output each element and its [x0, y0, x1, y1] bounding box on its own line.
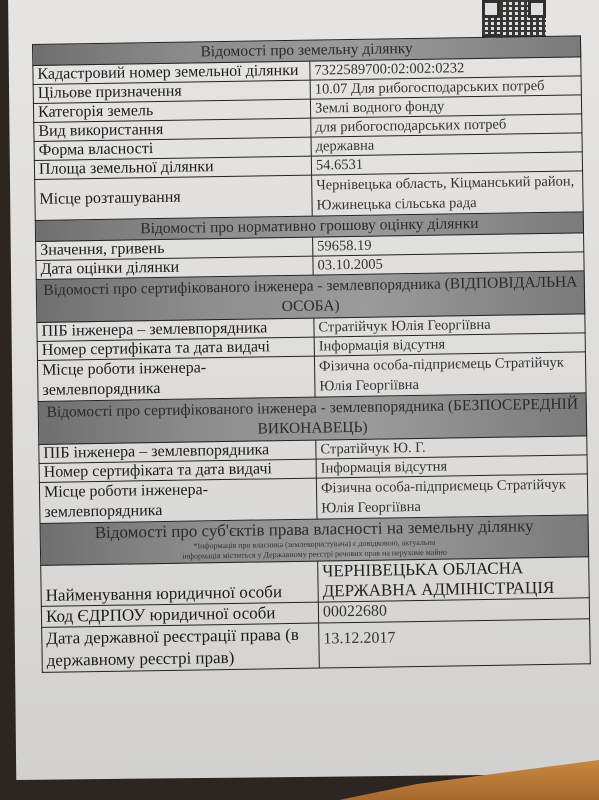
row-value: Чернівецька область, Кіцманський район, …: [312, 171, 584, 216]
row-value: Фізична особа-підприємець Стратійчук Юлі…: [316, 474, 588, 519]
row-label: Дата державної реєстрації права (в держа…: [42, 623, 320, 672]
row-label: Місце роботи інженера-землевпорядника: [39, 478, 317, 523]
row-label: Місце роботи інженера-землевпорядника: [37, 356, 315, 401]
row-value: ЧЕРНІВЕЦЬКА ОБЛАСНА ДЕРЖАВНА АДМІНІСТРАЦ…: [318, 557, 590, 602]
land-plot-table: Відомості про земельну ділянку Кадастров…: [32, 35, 591, 673]
row-value: 13.12.2017: [319, 619, 591, 668]
row-label: Місце розташування: [35, 175, 313, 220]
row-value: Фізична особа-підприємець Стратійчук Юлі…: [314, 352, 586, 397]
table-row: Дата державної реєстрації права (в держа…: [42, 619, 591, 673]
land-plot-extract: Відомості про земельну ділянку Кадастров…: [32, 35, 591, 673]
row-label: Найменування юридичної особи: [41, 561, 319, 606]
